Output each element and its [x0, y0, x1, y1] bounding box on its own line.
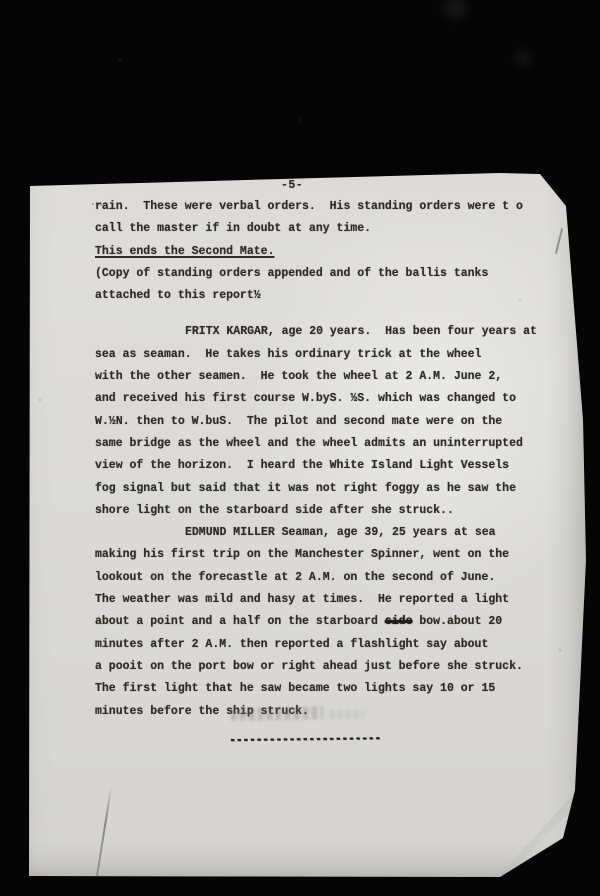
typed-line: minutes after 2 A.M. then reported a fla…	[95, 634, 531, 656]
typed-line: sea as seaman. He takes his ordinary tri…	[95, 344, 531, 366]
edge-nick	[555, 228, 563, 254]
typed-segment: fog signal but said that it was not righ…	[95, 482, 516, 495]
typed-segment: The weather was mild and hasy at times. …	[95, 593, 509, 606]
typed-line: The weather was mild and hasy at times. …	[95, 589, 531, 611]
typed-line: EDMUND MILLER Seaman, age 39, 25 years a…	[95, 522, 531, 544]
typed-line: shore light on the starboard side after …	[95, 500, 531, 522]
struck-word: side	[385, 615, 413, 628]
typed-segment: lookout on the forecastle at 2 A.M. on t…	[95, 571, 495, 584]
typed-segment: EDMUND MILLER Seaman, age 39, 25 years a…	[185, 526, 496, 539]
typed-line: rain. These were verbal orders. His stan…	[95, 196, 531, 218]
typed-line: a pooit on the port bow or right ahead j…	[95, 656, 531, 678]
scanned-paper: -5- ·. rain. These were verbal orders. H…	[0, 0, 600, 896]
typed-segment: sea as seaman. He takes his ordinary tri…	[95, 348, 481, 361]
typed-segment: (Copy of standing orders appended and of…	[95, 267, 488, 280]
typed-line: and received his first course W.byS. ½S.…	[95, 388, 531, 410]
typed-line: attached to this report½	[95, 285, 531, 307]
typed-segment: bow.about 20	[412, 615, 502, 628]
typed-line: with the other seamen. He took the wheel…	[95, 366, 531, 388]
typed-segment: attached to this report½	[95, 289, 261, 302]
typed-line: This ends the Second Mate.	[95, 241, 531, 263]
faint-stamp-tail	[330, 710, 364, 719]
typed-line: lookout on the forecastle at 2 A.M. on t…	[95, 567, 531, 589]
typed-segment: The first light that he saw became two l…	[95, 682, 495, 695]
typed-divider: -----------------------	[229, 731, 381, 747]
page-number: -5-	[281, 179, 303, 192]
typed-line: making his first trip on the Manchester …	[95, 544, 531, 566]
typed-segment: minutes after 2 A.M. then reported a fla…	[95, 638, 488, 651]
underlined-heading: This ends the Second Mate.	[95, 245, 274, 258]
typed-segment: same bridge as the wheel and the wheel a…	[95, 437, 523, 450]
typed-segment: making his first trip on the Manchester …	[95, 548, 509, 561]
corner-fold	[498, 795, 586, 877]
typed-segment: call the master if in doubt at any time.	[95, 222, 371, 235]
typed-segment: FRITX KARGAR, age 20 years. Has been fou…	[185, 325, 537, 338]
typed-line: fog signal but said that it was not righ…	[95, 478, 531, 500]
typed-line: (Copy of standing orders appended and of…	[95, 263, 531, 285]
typed-text: rain. These were verbal orders. His stan…	[95, 196, 531, 723]
typed-segment: W.½N. then to W.buS. The pilot and secon…	[95, 415, 502, 428]
typed-segment: and received his first course W.byS. ½S.…	[95, 392, 516, 405]
paper-crease	[96, 785, 112, 876]
typed-line: call the master if in doubt at any time.	[95, 218, 531, 240]
typed-segment: about a point and a half on the starboar…	[95, 615, 385, 628]
typed-segment: with the other seamen. He took the wheel…	[95, 370, 502, 383]
typed-line: The first light that he saw became two l…	[95, 678, 531, 700]
typed-line: about a point and a half on the starboar…	[95, 611, 531, 633]
typed-line: view of the horizon. I heard the White I…	[95, 455, 531, 477]
typed-segment: shore light on the starboard side after …	[95, 504, 454, 517]
typed-segment: view of the horizon. I heard the White I…	[95, 459, 509, 472]
typed-segment: a pooit on the port bow or right ahead j…	[95, 660, 523, 673]
typed-line: W.½N. then to W.buS. The pilot and secon…	[95, 411, 531, 433]
typed-line: FRITX KARGAR, age 20 years. Has been fou…	[95, 321, 531, 343]
faint-stamp	[231, 706, 323, 721]
typed-segment: rain. These were verbal orders. His stan…	[95, 200, 523, 213]
typed-line: same bridge as the wheel and the wheel a…	[95, 433, 531, 455]
